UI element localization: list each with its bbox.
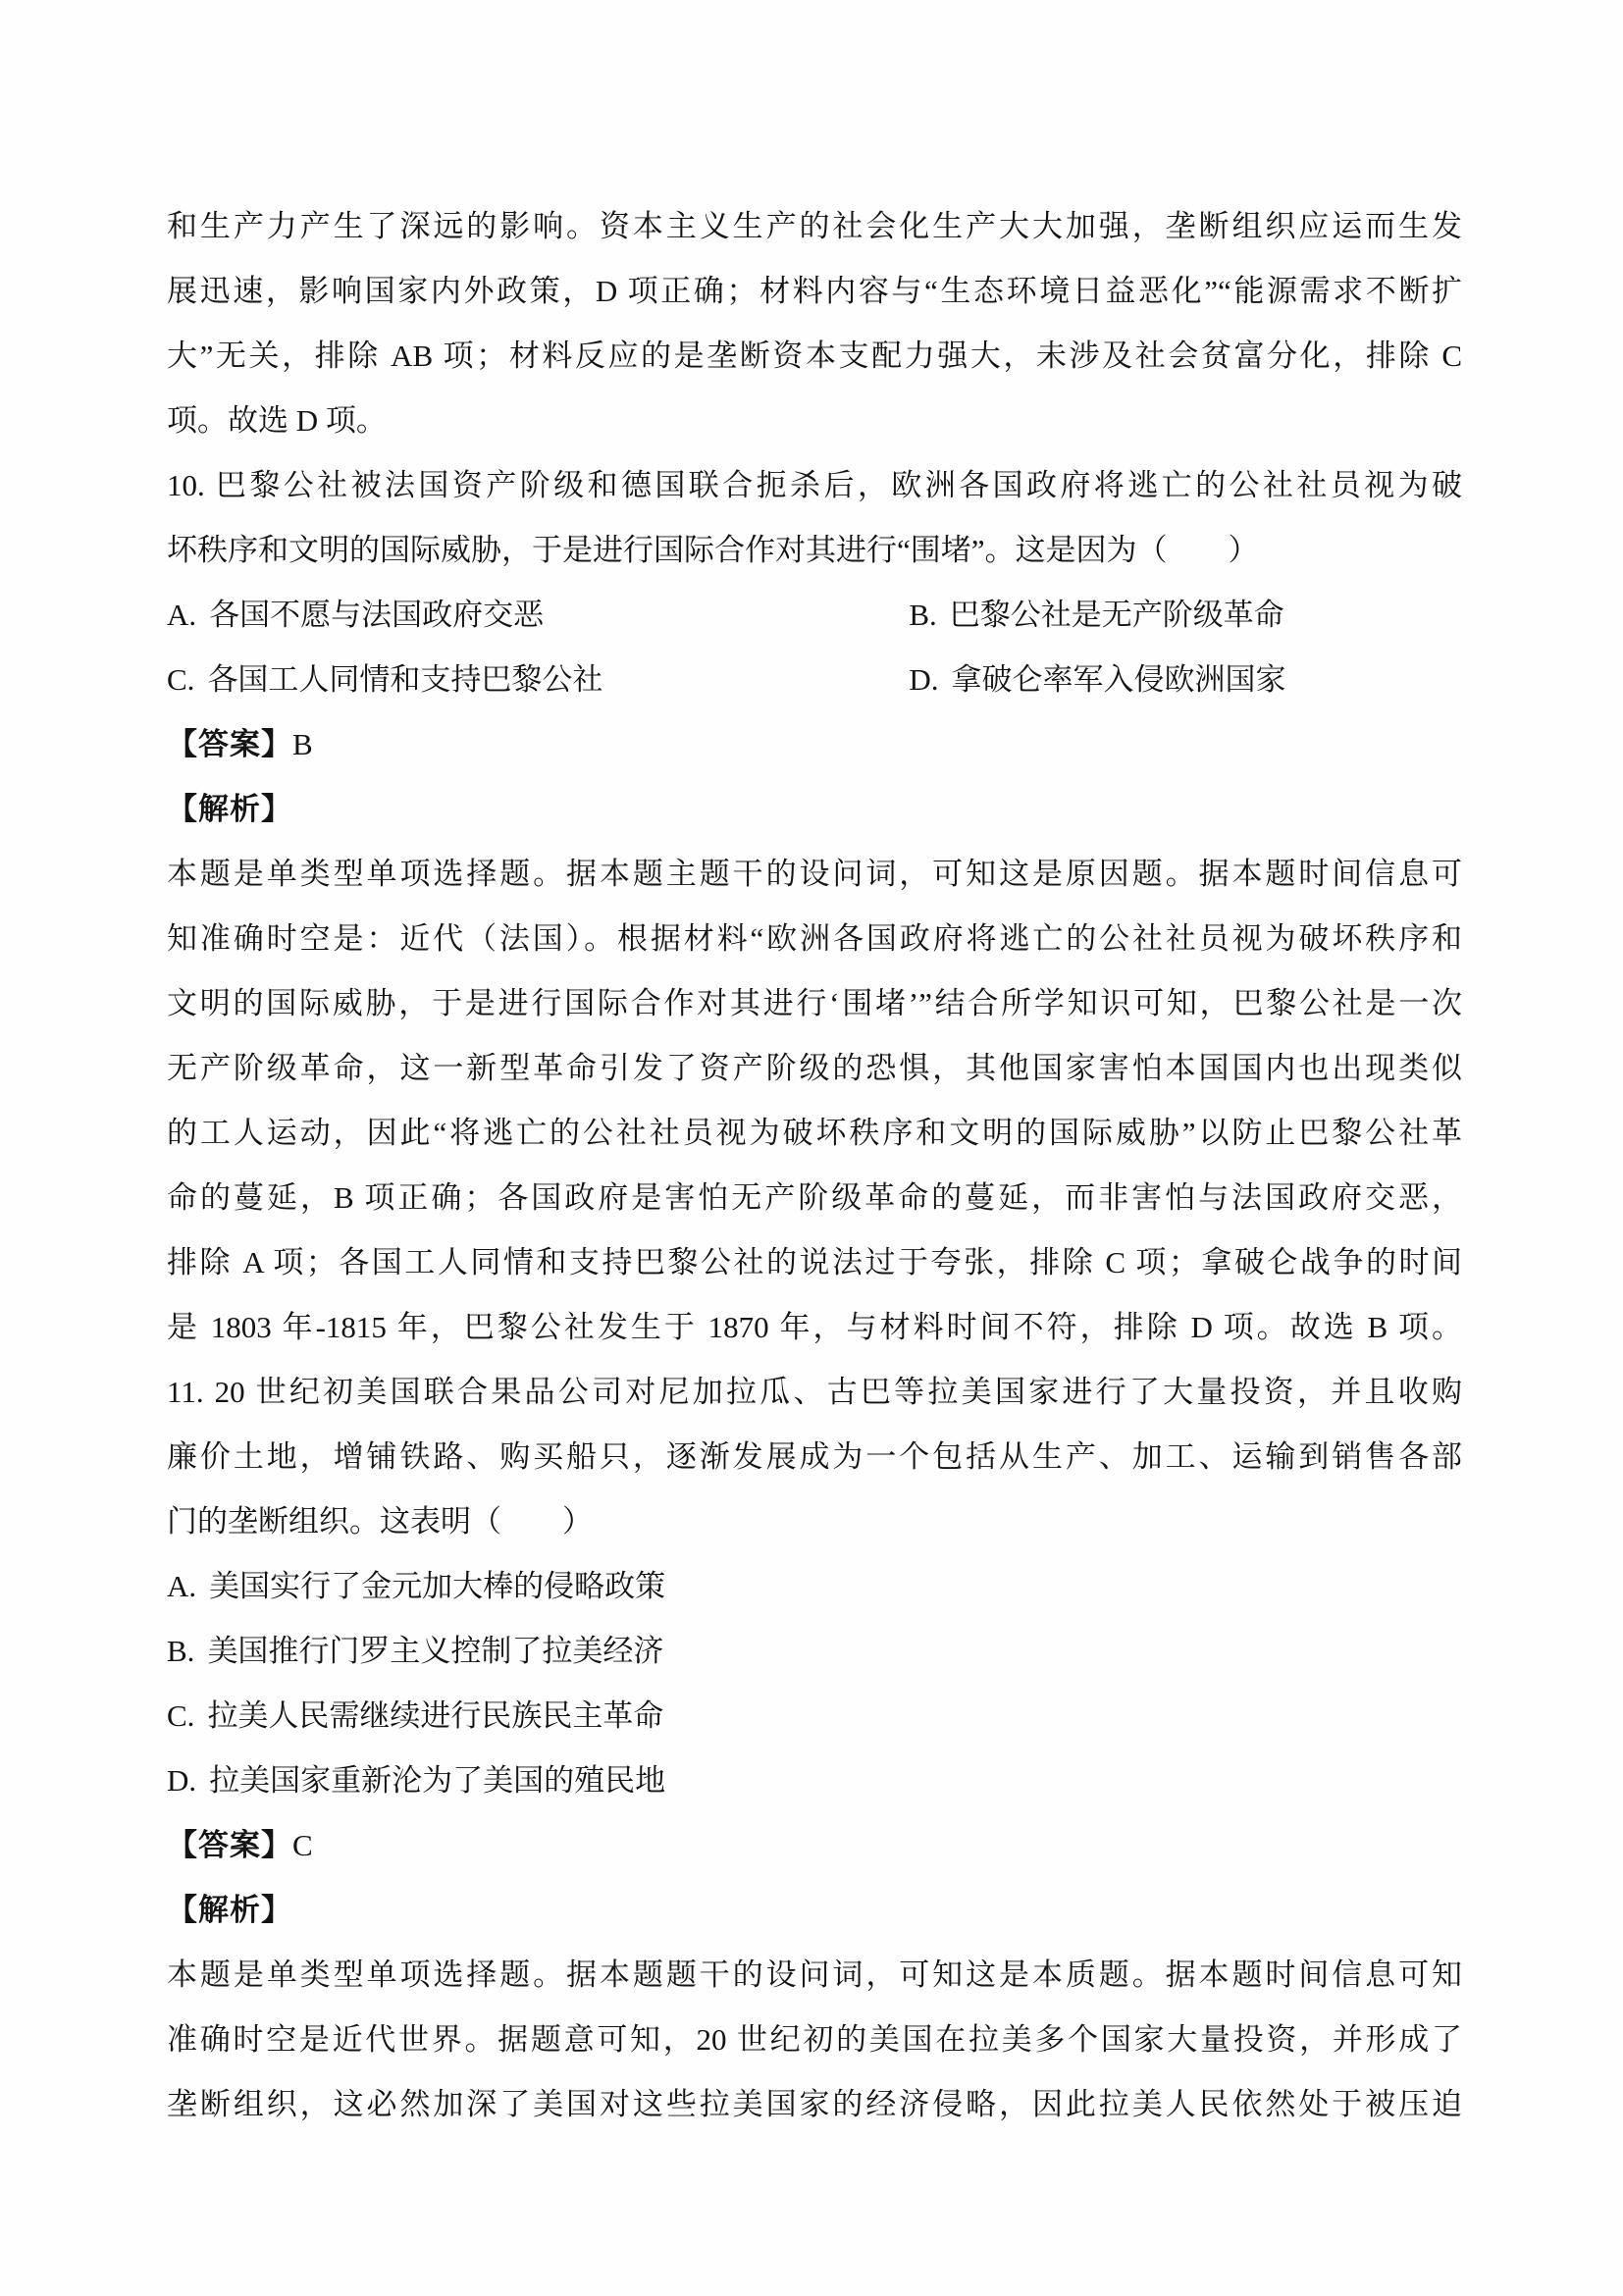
prev-question-analysis-tail: 和生产力产生了深远的影响。资本主义生产的社会化生产大大加强，垄断组织应运而生发 … [167,194,1462,453]
answer-value: B [292,727,314,761]
option-letter: D. [909,662,938,697]
question-10-analysis-line: 排除 A 项；各国工人同情和支持巴黎公社的说法过于夸张，排除 C 项；拿破仑战争… [167,1230,1462,1295]
question-11-analysis-line: 垄断组织，这必然加深了美国对这些拉美国家的经济侵略，因此拉美人民依然处于被压迫 [167,2072,1462,2137]
question-11-answer-line: 【答案】C [167,1813,1462,1878]
option-text: 各国不愿与法国政府交恶 [209,598,544,632]
question-10-analysis-line: 知准确时空是：近代（法国）。根据材料“欧洲各国政府将逃亡的公社社员视为破坏秩序和 [167,907,1462,971]
question-11-stem-line: 门的垄断组织。这表明（ ） [167,1489,1462,1554]
question-10-analysis-line: 文明的国际威胁，于是进行国际合作对其进行‘围堵’”结合所学知识可知，巴黎公社是一… [167,971,1462,1036]
question-11-stem-line: 11. 20 世纪初美国联合果品公司对尼加拉瓜、古巴等拉美国家进行了大量投资，并… [167,1360,1462,1425]
option-letter: D. [167,1763,196,1798]
analysis-text-line: 大”无关，排除 AB 项；材料反应的是垄断资本支配力强大，未涉及社会贫富分化，排… [167,324,1462,389]
question-10-analysis-line: 无产阶级革命，这一新型革命引发了资产阶级的恐惧，其他国家害怕本国国内也出现类似 [167,1036,1462,1101]
question-10-analysis-heading: 【解析】 [167,777,1462,842]
analysis-text-line: 展迅速，影响国家内外政策，D 项正确；材料内容与“生态环境日益恶化”“能源需求不… [167,259,1462,324]
question-10-option-b: B.巴黎公社是无产阶级革命 [909,583,1462,648]
option-text: 拿破仑率军入侵欧洲国家 [952,662,1286,697]
question-11-analysis-line: 本题是单类型单项选择题。据本题题干的设问词，可知这是本质题。据本题时间信息可知 [167,1943,1462,2008]
question-10-analysis-line: 本题是单类型单项选择题。据本题主题干的设问词，可知这是原因题。据本题时间信息可 [167,842,1462,907]
option-text: 巴黎公社是无产阶级革命 [950,598,1284,632]
question-11-option-d: D.拉美国家重新沦为了美国的殖民地 [167,1748,1462,1813]
option-text: 美国实行了金元加大棒的侵略政策 [209,1569,665,1603]
option-text: 各国工人同情和支持巴黎公社 [207,662,602,697]
option-letter: B. [167,1634,194,1668]
question-11-analysis-line: 准确时空是近代世界。据题意可知，20 世纪初的美国在拉美多个国家大量投资，并形成… [167,2008,1462,2072]
analysis-label: 【解析】 [167,792,292,826]
exam-document-page: 和生产力产生了深远的影响。资本主义生产的社会化生产大大加强，垄断组织应运而生发 … [0,0,1623,2296]
question-11-stem-line: 廉价土地，增铺铁路、购买船只，逐渐发展成为一个包括从生产、加工、运输到销售各部 [167,1425,1462,1489]
question-11-analysis-heading: 【解析】 [167,1878,1462,1943]
analysis-label: 【解析】 [167,1893,292,1927]
question-10-option-c: C.各国工人同情和支持巴黎公社 [167,648,909,712]
option-letter: C. [167,1698,194,1733]
option-letter: B. [909,598,936,632]
answer-label: 【答案】 [167,1828,292,1862]
answer-label: 【答案】 [167,727,292,761]
answer-value: C [292,1828,314,1862]
option-text: 美国推行门罗主义控制了拉美经济 [207,1634,663,1668]
question-10-options-row-1: A.各国不愿与法国政府交恶 B.巴黎公社是无产阶级革命 [167,583,1462,648]
option-text: 拉美国家重新沦为了美国的殖民地 [209,1763,665,1798]
option-letter: A. [167,1569,196,1603]
option-text: 拉美人民需继续进行民族民主革命 [207,1698,663,1733]
question-10-analysis-line: 命的蔓延，B 项正确；各国政府是害怕无产阶级革命的蔓延，而非害怕与法国政府交恶， [167,1166,1462,1230]
question-11-option-b: B.美国推行门罗主义控制了拉美经济 [167,1619,1462,1684]
question-10-answer-line: 【答案】B [167,712,1462,777]
analysis-text-line: 项。故选 D 项。 [167,389,1462,453]
question-11-option-a: A.美国实行了金元加大棒的侵略政策 [167,1554,1462,1619]
question-10-stem-line: 坏秩序和文明的国际威胁，于是进行国际合作对其进行“围堵”。这是因为（ ） [167,518,1462,583]
question-10-option-d: D.拿破仑率军入侵欧洲国家 [909,648,1462,712]
option-letter: C. [167,662,194,697]
question-10-analysis-line: 的工人运动，因此“将逃亡的公社社员视为破坏秩序和文明的国际威胁”以防止巴黎公社革 [167,1101,1462,1166]
question-11: 11. 20 世纪初美国联合果品公司对尼加拉瓜、古巴等拉美国家进行了大量投资，并… [167,1360,1462,2137]
option-letter: A. [167,598,196,632]
analysis-text-line: 和生产力产生了深远的影响。资本主义生产的社会化生产大大加强，垄断组织应运而生发 [167,194,1462,259]
question-10-analysis-line: 是 1803 年-1815 年，巴黎公社发生于 1870 年，与材料时间不符，排… [167,1295,1462,1360]
question-10-options-row-2: C.各国工人同情和支持巴黎公社 D.拿破仑率军入侵欧洲国家 [167,648,1462,712]
question-10-stem-line: 10. 巴黎公社被法国资产阶级和德国联合扼杀后，欧洲各国政府将逃亡的公社社员视为… [167,453,1462,518]
page-content: 和生产力产生了深远的影响。资本主义生产的社会化生产大大加强，垄断组织应运而生发 … [0,0,1623,2137]
question-10: 10. 巴黎公社被法国资产阶级和德国联合扼杀后，欧洲各国政府将逃亡的公社社员视为… [167,453,1462,1360]
question-10-option-a: A.各国不愿与法国政府交恶 [167,583,909,648]
question-11-option-c: C.拉美人民需继续进行民族民主革命 [167,1684,1462,1748]
